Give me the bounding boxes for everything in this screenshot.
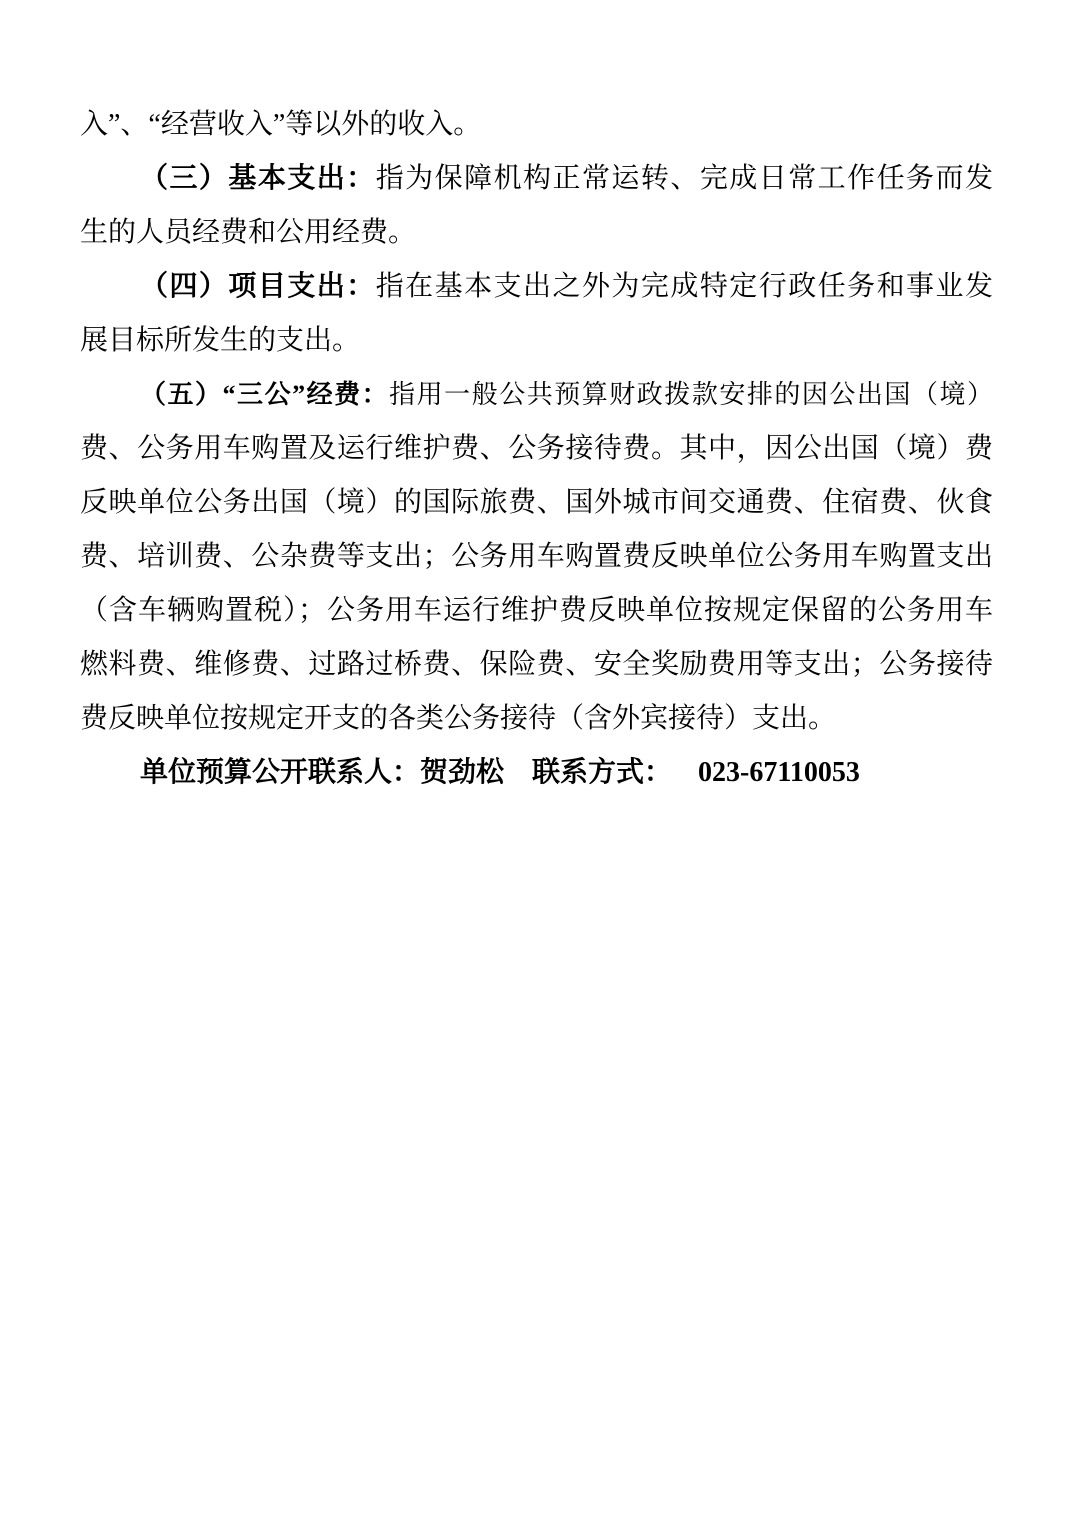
phone-number: 023-67110053 <box>698 757 860 788</box>
text-segment: 费、培训费、公杂费等支出；公务用车购置费反映单位公务用车购置支出 <box>80 541 993 572</box>
text-line-12: 费反映单位按规定开支的各类公务接待（含外宾接待）支出。 <box>80 692 993 746</box>
text-line-5: 展目标所发生的支出。 <box>80 314 993 368</box>
contact-label: 单位预算公开联系人： <box>140 757 420 788</box>
text-segment: 反映单位公务出国（境）的国际旅费、国外城市间交通费、住宿费、伙食 <box>80 487 993 518</box>
text-line-8: 反映单位公务出国（境）的国际旅费、国外城市间交通费、住宿费、伙食 <box>80 476 993 530</box>
text-segment: 生的人员经费和公用经费。 <box>80 217 416 248</box>
text-line-3: 生的人员经费和公用经费。 <box>80 206 993 260</box>
text-line-9: 费、培训费、公杂费等支出；公务用车购置费反映单位公务用车购置支出 <box>80 530 993 584</box>
text-line-11: 燃料费、维修费、过路过桥费、保险费、安全奖励费用等支出；公务接待 <box>80 638 993 692</box>
heading-three-public-funds: （五）“三公”经费： <box>140 380 389 409</box>
text-line-6: （五）“三公”经费：指用一般公共预算财政拨款安排的因公出国（境） <box>80 368 993 422</box>
text-line-7: 费、公务用车购置及运行维护费、公务接待费。其中，因公出国（境）费 <box>80 422 993 476</box>
heading-basic-expenditure: （三）基本支出： <box>140 163 376 194</box>
text-segment: 指在基本支出之外为完成特定行政任务和事业发 <box>376 271 993 302</box>
text-line-2: （三）基本支出：指为保障机构正常运转、完成日常工作任务而发 <box>80 152 993 206</box>
contact-name: 贺劲松 <box>420 757 504 788</box>
text-segment: 费、公务用车购置及运行维护费、公务接待费。其中，因公出国（境）费 <box>80 433 993 464</box>
text-segment: 燃料费、维修费、过路过桥费、保险费、安全奖励费用等支出；公务接待 <box>80 649 993 680</box>
text-segment: 入”、“经营收入”等以外的收入。 <box>80 109 481 140</box>
heading-project-expenditure: （四）项目支出： <box>140 271 376 302</box>
text-line-4: （四）项目支出：指在基本支出之外为完成特定行政任务和事业发 <box>80 260 993 314</box>
contact-line: 单位预算公开联系人：贺劲松联系方式：023-67110053 <box>80 746 993 800</box>
contact-method-label: 联系方式： <box>532 757 672 788</box>
text-line-10: （含车辆购置税）；公务用车运行维护费反映单位按规定保留的公务用车 <box>80 584 993 638</box>
text-block: 入”、“经营收入”等以外的收入。 （三）基本支出：指为保障机构正常运转、完成日常… <box>80 98 993 800</box>
text-segment: 指为保障机构正常运转、完成日常工作任务而发 <box>376 163 993 194</box>
text-line-1: 入”、“经营收入”等以外的收入。 <box>80 98 993 152</box>
text-segment: （含车辆购置税）；公务用车运行维护费反映单位按规定保留的公务用车 <box>80 595 993 626</box>
text-segment: 费反映单位按规定开支的各类公务接待（含外宾接待）支出。 <box>80 703 836 734</box>
text-segment: 指用一般公共预算财政拨款安排的因公出国（境） <box>389 380 993 409</box>
text-segment: 展目标所发生的支出。 <box>80 325 360 356</box>
document-page: 入”、“经营收入”等以外的收入。 （三）基本支出：指为保障机构正常运转、完成日常… <box>0 0 1074 1520</box>
